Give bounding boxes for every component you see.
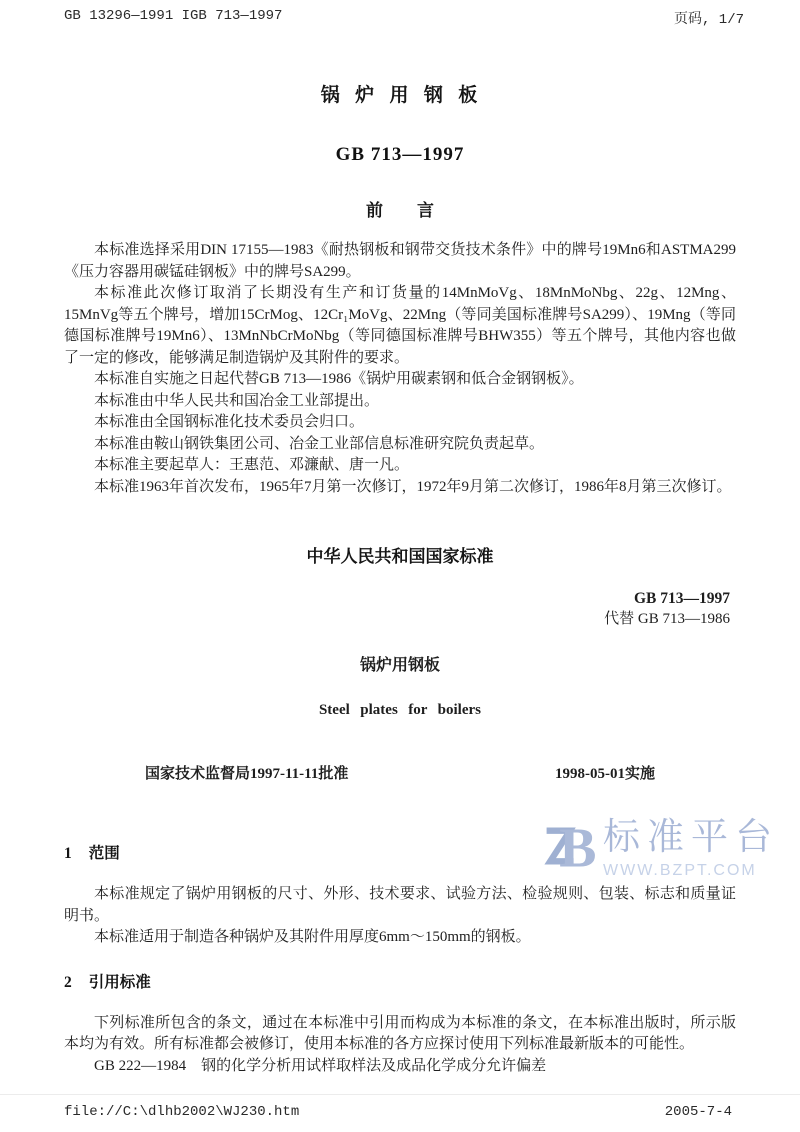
implementation-text: 1998-05-01实施	[555, 762, 655, 783]
section-heading-scope: 1范围	[64, 841, 736, 863]
foreword-paragraph: 本标准选择采用DIN 17155—1983《耐热钢板和钢带交货技术条件》中的牌号…	[64, 240, 736, 283]
standard-title-chinese: 锅炉用钢板	[0, 652, 800, 675]
document-page: GB 13296—1991 IGB 713—1997 页码, 1/7 锅 炉 用…	[0, 0, 800, 1132]
section-number: 2	[64, 974, 72, 991]
foreword-paragraph: 本标准由全国钢标准化技术委员会归口。	[64, 412, 736, 434]
foreword-paragraph: 本标准自实施之日起代替GB 713—1986《锅炉用碳素钢和低合金钢钢板》。	[64, 369, 736, 391]
standard-number-current: GB 713—1997	[0, 588, 730, 609]
section-title: 引用标准	[89, 974, 151, 991]
standard-number-replaced: 代替 GB 713—1986	[0, 609, 730, 630]
foreword-paragraph: 本标准1963年首次发布，1965年7月第一次修订，1972年9月第二次修订，1…	[64, 477, 736, 499]
section-paragraph: 本标准适用于制造各种锅炉及其附件用厚度6mm～150mm的钢板。	[64, 927, 736, 949]
section-paragraph: 本标准规定了锅炉用钢板的尺寸、外形、技术要求、试验方法、检验规则、包装、标志和质…	[64, 884, 736, 927]
approval-row: 国家技术监督局1997-11-11批准 1998-05-01实施	[145, 762, 655, 783]
approval-text: 国家技术监督局1997-11-11批准	[145, 762, 348, 783]
referenced-standard-line: GB 222—1984 钢的化学分析用试样取样法及成品化学成分允许偏差	[64, 1056, 736, 1078]
standard-number: GB 713—1997	[0, 144, 800, 166]
header-standard-numbers: GB 13296—1991 IGB 713—1997	[64, 8, 282, 28]
standard-number-block: GB 713—1997 代替 GB 713—1986	[0, 588, 730, 630]
footer-file-path: file://C:\dlhb2002\WJ230.htm	[64, 1104, 299, 1120]
document-title: 锅 炉 用 钢 板	[0, 80, 800, 107]
section-title: 范围	[89, 845, 120, 862]
standard-title-english: Steel plates for boilers	[0, 702, 800, 719]
print-footer: file://C:\dlhb2002\WJ230.htm 2005-7-4	[0, 1094, 800, 1120]
foreword-paragraph: 本标准由鞍山钢铁集团公司、冶金工业部信息标准研究院负责起草。	[64, 434, 736, 456]
foreword-paragraph: 本标准主要起草人：王惠范、邓濂献、唐一凡。	[64, 455, 736, 477]
foreword-paragraph: 本标准此次修订取消了长期没有生产和订货量的14MnMoVg、18MnMoNbg、…	[64, 283, 736, 369]
section-heading-references: 2引用标准	[64, 970, 736, 992]
foreword-heading: 前 言	[0, 196, 800, 221]
foreword-body: 本标准选择采用DIN 17155—1983《耐热钢板和钢带交货技术条件》中的牌号…	[64, 240, 736, 498]
footer-date: 2005-7-4	[665, 1104, 732, 1120]
section-references-body: 下列标准所包含的条文，通过在本标准中引用而构成为本标准的条文，在本标准出版时，所…	[64, 1013, 736, 1078]
header-page-number: 页码, 1/7	[674, 8, 744, 28]
print-header: GB 13296—1991 IGB 713—1997 页码, 1/7	[0, 0, 800, 28]
section-number: 1	[64, 845, 72, 862]
section-paragraph: 下列标准所包含的条文，通过在本标准中引用而构成为本标准的条文，在本标准出版时，所…	[64, 1013, 736, 1056]
national-standard-heading: 中华人民共和国国家标准	[0, 542, 800, 567]
foreword-paragraph: 本标准由中华人民共和国冶金工业部提出。	[64, 391, 736, 413]
section-scope-body: 本标准规定了锅炉用钢板的尺寸、外形、技术要求、试验方法、检验规则、包装、标志和质…	[64, 884, 736, 949]
